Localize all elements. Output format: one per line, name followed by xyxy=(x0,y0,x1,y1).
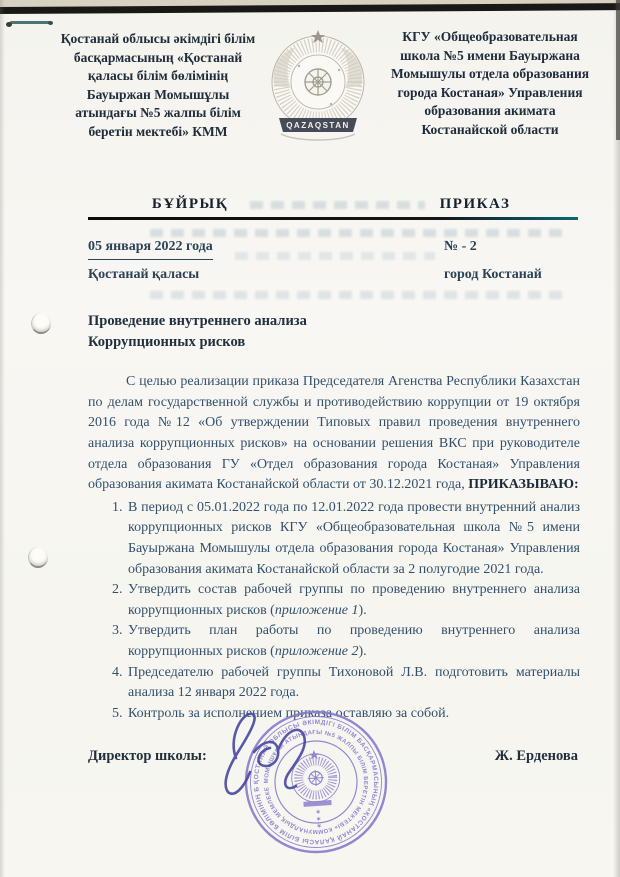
kazakhstan-emblem-icon: QAZAQSTAN xyxy=(261,26,375,148)
order-number: № - 2 xyxy=(444,237,580,258)
preamble-text: С целью реализации приказа Председателя … xyxy=(88,374,580,492)
city-russian: город Костанай xyxy=(444,265,580,286)
subject-line1: Проведение внутреннего анализа xyxy=(88,311,580,332)
order-date: 05 января 2022 года xyxy=(88,237,213,260)
order-body: 05 января 2022 года № - 2 Қостанай қалас… xyxy=(88,237,580,767)
binder-clip-mark xyxy=(10,21,50,24)
signature-row: Директор школы: ҚОСТАНАЙ ОБЛЫСЫ ӘКІМДІГІ… xyxy=(88,746,580,767)
punch-hole-top xyxy=(31,313,51,334)
bleedthrough-artifact xyxy=(250,201,425,209)
scan-edge-left xyxy=(0,0,5,877)
header-divider xyxy=(88,217,578,220)
order-items-list: В период с 05.01.2022 года по 12.01.2022… xyxy=(88,498,580,725)
scan-edge-right-dark xyxy=(616,0,620,140)
emblem-banner-text: QAZAQSTAN xyxy=(286,121,350,130)
director-label: Директор школы: xyxy=(88,746,207,767)
org-name-russian: КГУ «Общеобразовательная школа №5 имени … xyxy=(387,28,593,139)
punch-hole-bottom xyxy=(28,547,48,568)
order-item: Утвердить состав рабочей группы по прове… xyxy=(126,580,580,621)
decree-word: ПРИКАЗЫВАЮ: xyxy=(468,477,578,492)
item-text: Председателю рабочей группы Тихоновой Л.… xyxy=(128,665,580,701)
item-text: ). xyxy=(358,644,366,659)
item-text: ). xyxy=(358,603,366,618)
subject-title: Проведение внутреннего анализа Коррупцио… xyxy=(88,311,580,353)
svg-text:✶: ✶ xyxy=(316,823,322,830)
doc-type-russian: ПРИКАЗ xyxy=(415,196,535,213)
meta-row-city: Қостанай қаласы город Костанай xyxy=(88,265,580,286)
order-item: В период с 05.01.2022 года по 12.01.2022… xyxy=(126,498,580,580)
order-item: Председателю рабочей группы Тихоновой Л.… xyxy=(126,663,580,704)
bleedthrough-artifact xyxy=(150,229,570,237)
scanned-order-page: Қостанай облысы әкімдігі білім басқармас… xyxy=(0,0,620,877)
item-italic: приложение 1 xyxy=(275,603,359,618)
director-name: Ж. Ерденова xyxy=(495,746,580,767)
org-name-kazakh: Қостанай облысы әкімдігі білім басқармас… xyxy=(58,30,258,141)
item-text: В период с 05.01.2022 года по 12.01.2022… xyxy=(128,500,580,577)
meta-row-date: 05 января 2022 года № - 2 xyxy=(88,237,580,260)
city-kazakh: Қостанай қаласы xyxy=(88,265,199,286)
order-item: Утвердить план работы по проведению внут… xyxy=(126,621,580,662)
svg-text:✶: ✶ xyxy=(316,816,322,823)
preamble-paragraph: С целью реализации приказа Председателя … xyxy=(88,372,580,496)
subject-line2: Коррупционных рисков xyxy=(88,332,580,353)
item-italic: приложение 2 xyxy=(275,644,359,659)
signature-scribble-icon xyxy=(208,700,326,805)
svg-text:✶: ✶ xyxy=(315,809,321,816)
doc-type-kazakh: БҰЙРЫҚ xyxy=(115,196,265,213)
